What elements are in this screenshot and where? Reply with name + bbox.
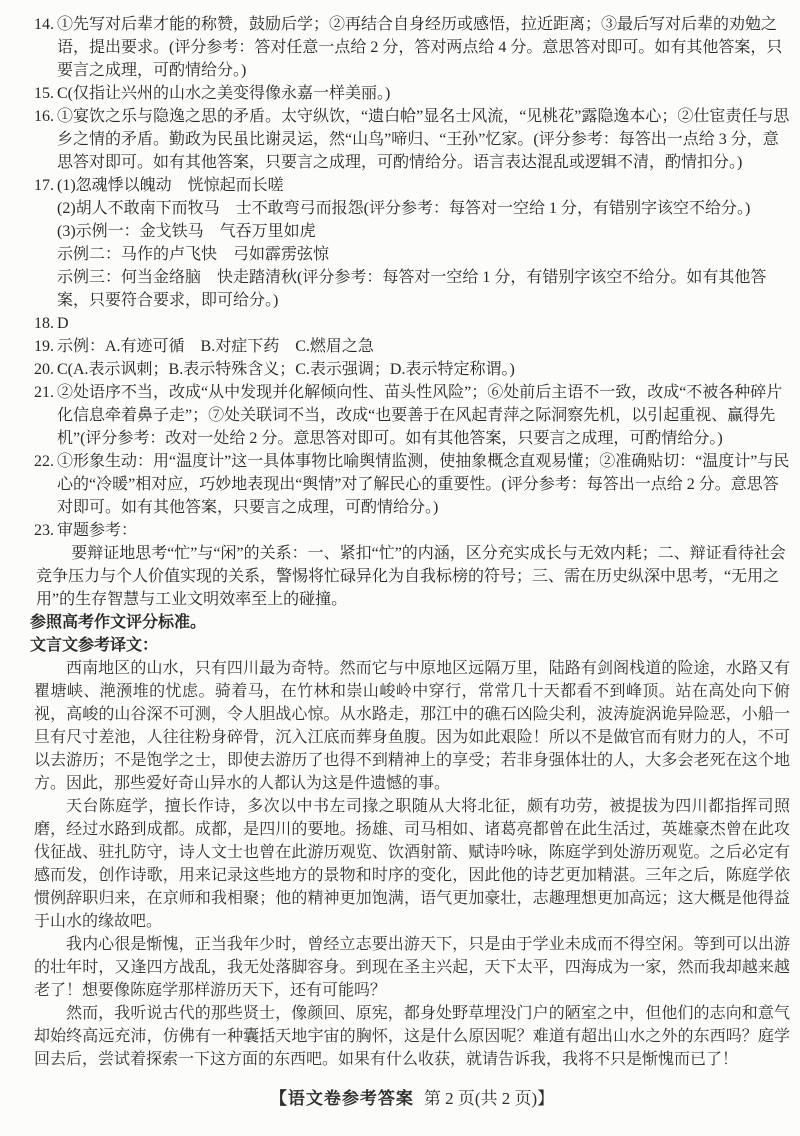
translation-paragraph: 天台陈庭学，擅长作诗，多次以中书左司掾之职随从大将北征，颇有功劳，被提拔为四川都… [34,795,790,933]
translation-paragraph: 西南地区的山水，只有四川最为奇特。然而它与中原地区远隔万里，陆路有剑阁栈道的险途… [34,657,790,795]
answer-sub-line: (3)示例一：金戈铁马 气吞万里如虎 [57,220,790,243]
item-number: 18. [34,312,54,335]
translation-paragraph: 然而，我听说古代的那些贤士，像颜回、原宪，都身处野草埋没门户的陋室之中，但他们的… [34,1002,790,1071]
item-text: C(仅指让兴州的山水之美变得像永嘉一样美丽。) [57,85,390,102]
answer-sub-line: (2)胡人不敢南下而牧马 士不敢弯弓而报怨(评分参考：每答对一空给 1 分，有错… [57,197,790,220]
answer-item-17: 17.(1)忽魂悸以魄动 恍惊起而长嗟 (2)胡人不敢南下而牧马 士不敢弯弓而报… [34,174,790,312]
answer-item-16: 16.①宴饮之乐与隐逸之思的矛盾。太守纵饮，“遗白帢”显名士风流，“见桃花”露隐… [34,105,790,174]
translation-heading: 文言文参考译文： [30,634,790,657]
essay-scoring-note: 参照高考作文评分标准。 [30,611,790,634]
item-number: 20. [34,358,54,381]
item-number: 15. [34,82,54,105]
item-text: 示例：A.有迹可循 B.对症下药 C.燃眉之急 [57,338,374,355]
item-text: D [57,315,69,332]
item-number: 22. [34,450,54,473]
footer-page-number: 第 2 页(共 2 页)】 [424,1089,554,1108]
item-text: (1)忽魂悸以魄动 恍惊起而长嗟 [57,177,284,194]
answer-sub-line: 示例三：何当金络脑 快走踏清秋(评分参考：每答对一空给 1 分，有错别字该空不给… [57,266,790,312]
page-footer: 【语文卷参考答案第 2 页(共 2 页)】 [34,1087,790,1110]
item-text: 审题参考： [57,522,137,539]
item-text: ①宴饮之乐与隐逸之思的矛盾。太守纵饮，“遗白帢”显名士风流，“见桃花”露隐逸本心… [57,108,789,171]
scanned-answer-page: { "page": { "background_color": "#fcfcfa… [0,0,800,1136]
essay-prompt-analysis: 要辩证地思考“忙”与“闲”的关系：一、紧扣“忙”的内涵，区分充实成长与无效内耗；… [36,542,790,611]
item-text: ①先写对后辈才能的称赞，鼓励后学；②再结合自身经历或感悟，拉近距离；③最后写对后… [57,16,782,79]
item-number: 16. [34,105,54,128]
answer-item-18: 18.D [34,312,790,335]
answer-item-22: 22.①形象生动：用“温度计”这一具体事物比喻舆情监测，使抽象概念直观易懂；②准… [34,450,790,519]
item-number: 19. [34,335,54,358]
item-text: ②处语序不当，改成“从中发现并化解倾向性、苗头性风险”；⑥处前后主语不一致，改成… [57,384,782,447]
item-text: C(A.表示讽刺；B.表示特殊含义；C.表示强调；D.表示特定称谓。) [57,361,515,378]
translation-paragraph: 我内心很是惭愧，正当我年少时，曾经立志要出游天下，只是由于学业未成而不得空闲。等… [34,933,790,1002]
item-number: 14. [34,13,54,36]
classical-translation: 西南地区的山水，只有四川最为奇特。然而它与中原地区远隔万里，陆路有剑阁栈道的险途… [34,657,790,1071]
answer-item-21: 21.②处语序不当，改成“从中发现并化解倾向性、苗头性风险”；⑥处前后主语不一致… [34,381,790,450]
answer-item-15: 15.C(仅指让兴州的山水之美变得像永嘉一样美丽。) [34,82,790,105]
answer-item-20: 20.C(A.表示讽刺；B.表示特殊含义；C.表示强调；D.表示特定称谓。) [34,358,790,381]
answer-item-14: 14.①先写对后辈才能的称赞，鼓励后学；②再结合自身经历或感悟，拉近距离；③最后… [34,13,790,82]
answer-item-23: 23.审题参考： 要辩证地思考“忙”与“闲”的关系：一、紧扣“忙”的内涵，区分充… [34,519,790,611]
footer-title: 【语文卷参考答案 [270,1089,414,1108]
item-number: 23. [34,519,54,542]
answer-item-19: 19.示例：A.有迹可循 B.对症下药 C.燃眉之急 [34,335,790,358]
item-number: 21. [34,381,54,404]
answer-list: 14.①先写对后辈才能的称赞，鼓励后学；②再结合自身经历或感悟，拉近距离；③最后… [34,13,790,611]
item-number: 17. [34,174,54,197]
item-text: ①形象生动：用“温度计”这一具体事物比喻舆情监测，使抽象概念直观易懂；②准确贴切… [57,453,789,516]
answer-sub-line: 示例二：马作的卢飞快 弓如霹雳弦惊 [57,243,790,266]
